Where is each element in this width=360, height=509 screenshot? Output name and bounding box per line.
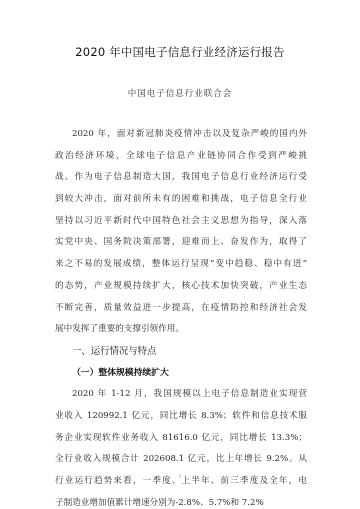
paragraph-line: 的态势，产业规模持续扩大，核心技术加快突破，产业生态 bbox=[55, 276, 307, 298]
paragraph-line: 展中发挥了重要的支撑引领作用。 bbox=[55, 319, 307, 341]
paragraph-line: 坚持以习近平新时代中国特色社会主义思想为指导，深入落 bbox=[55, 211, 307, 233]
document-page: 2020 年中国电子信息行业经济运行报告 中国电子信息行业联合会 2020 年，… bbox=[0, 0, 360, 509]
paragraph-line: 2020 年 1-12 月，我国规模以上电子信息制造业实现营 bbox=[55, 384, 307, 406]
paragraph-line: 实党中央、国务院决策部署，迎难而上、奋发作为，取得了 bbox=[55, 232, 307, 254]
section-heading: （一）整体规模持续扩大 bbox=[55, 363, 307, 385]
paragraph-line: 到较大冲击，面对前所未有的困难和挑战，电子信息全行业 bbox=[55, 189, 307, 211]
paragraph-line: 业收入 120992.1 亿元，同比增长 8.3%；软件和信息技术服 bbox=[55, 406, 307, 428]
paragraph-line: 全行业收入规模合计 202608.1 亿元，比上年增长 9.2%。从 bbox=[55, 449, 307, 471]
paragraph-line: 战。作为电子信息制造大国，我国电子信息行业经济运行受 bbox=[55, 167, 307, 189]
section-heading: 一、运行情况与特点 bbox=[55, 341, 307, 363]
paragraph-line: 务企业实现软件业务收入 81616.0 亿元，同比增长 13.3%； bbox=[55, 428, 307, 450]
paragraph-line: 不断完善，质量效益进一步提高，在疫情防控和经济社会发 bbox=[55, 298, 307, 320]
document-body: 2020 年，面对新冠肺炎疫情冲击以及复杂严峻的国内外政治经济环境，全球电子信息… bbox=[55, 124, 307, 509]
paragraph-line: 2020 年，面对新冠肺炎疫情冲击以及复杂严峻的国内外 bbox=[55, 124, 307, 146]
paragraph-line: 政治经济环境，全球电子信息产业链协同合作受到严峻挑 bbox=[55, 146, 307, 168]
page-number: 1 bbox=[0, 474, 360, 480]
document-author: 中国电子信息行业联合会 bbox=[0, 87, 360, 99]
paragraph-line: 来之不易的发展成绩，整体运行呈现“变中趋稳、稳中有进” bbox=[55, 254, 307, 276]
paragraph-line: 子制造业增加值累计增速分别为-2.8%、5.7%和 7.2% bbox=[55, 493, 307, 509]
document-title: 2020 年中国电子信息行业经济运行报告 bbox=[0, 44, 360, 60]
